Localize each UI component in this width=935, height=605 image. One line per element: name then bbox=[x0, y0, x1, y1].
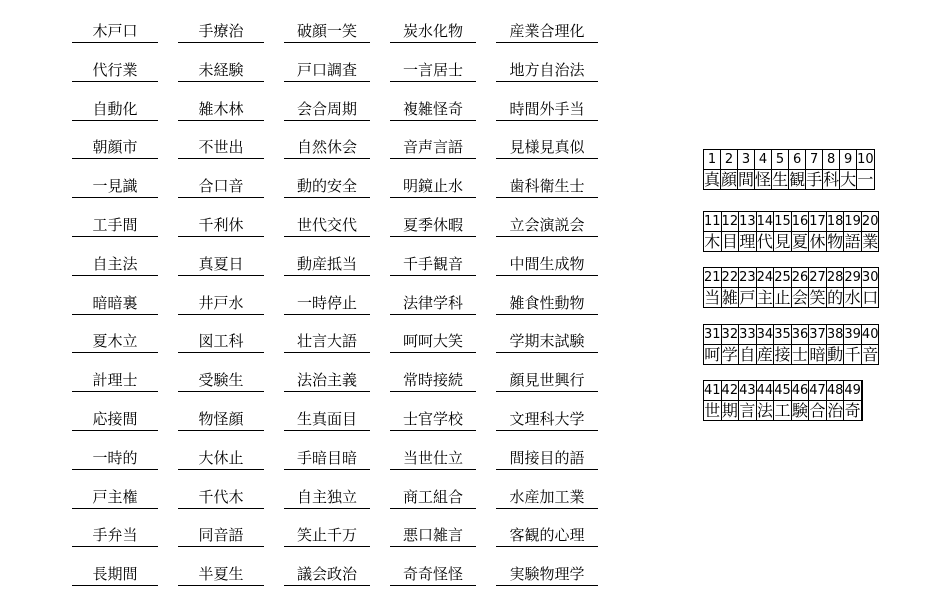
word-answer-cell: 自動化 bbox=[72, 98, 158, 121]
key-kanji-cell: 生 bbox=[772, 170, 789, 190]
word-answer-cell: 手暗目暗 bbox=[284, 447, 370, 470]
word-answer-cell: 暗暗裏 bbox=[72, 292, 158, 315]
key-number-cell: 42 bbox=[721, 381, 739, 401]
key-kanji-cell: 自 bbox=[739, 345, 757, 365]
key-number-cell: 26 bbox=[791, 268, 809, 288]
key-kanji-cell: 業 bbox=[861, 232, 879, 252]
key-kanji-cell: 法 bbox=[756, 401, 774, 421]
key-kanji-cell: 呵 bbox=[704, 345, 722, 365]
key-kanji-cell: 験 bbox=[791, 401, 809, 421]
key-number-cell: 12 bbox=[721, 212, 739, 232]
word-answer-cell: 千利休 bbox=[178, 214, 264, 237]
word-answer-cell: 代行業 bbox=[72, 59, 158, 82]
word-answer-cell: 手弁当 bbox=[72, 524, 158, 547]
kanji-key-table: 11121314151617181920木目理代見夏休物語業 bbox=[703, 211, 879, 252]
key-kanji-cell: 言 bbox=[739, 401, 757, 421]
word-answer-cell: 自主独立 bbox=[284, 486, 370, 509]
key-kanji-cell: 間 bbox=[738, 170, 755, 190]
word-answer-cell: 当世仕立 bbox=[390, 447, 476, 470]
kanji-key-table: 414243444546474849世期言法工験合治奇 bbox=[703, 380, 863, 421]
word-answer-grid: 木戸口手療治破顔一笑炭水化物産業合理化代行業未経験戸口調査一言居士地方自治法自動… bbox=[0, 0, 620, 605]
word-answer-cell: 士官学校 bbox=[390, 408, 476, 431]
key-number-cell: 47 bbox=[809, 381, 827, 401]
kanji-key-table: 12345678910真顔間怪生観手科大一 bbox=[703, 149, 875, 190]
key-number-cell: 8 bbox=[823, 150, 840, 170]
word-answer-cell: 水産加工業 bbox=[496, 486, 598, 509]
word-answer-cell: 応接間 bbox=[72, 408, 158, 431]
key-kanji-cell: 合 bbox=[809, 401, 827, 421]
key-number-cell: 2 bbox=[721, 150, 738, 170]
word-answer-cell: 一時停止 bbox=[284, 292, 370, 315]
key-number-cell bbox=[861, 381, 862, 401]
key-number-cell: 9 bbox=[840, 150, 857, 170]
word-answer-cell: 自然休会 bbox=[284, 136, 370, 159]
key-number-cell: 46 bbox=[791, 381, 809, 401]
key-number-cell: 48 bbox=[826, 381, 844, 401]
key-kanji-cell: 士 bbox=[791, 345, 809, 365]
key-number-cell: 25 bbox=[774, 268, 792, 288]
key-kanji-cell: 見 bbox=[774, 232, 792, 252]
word-answer-cell: 壮言大語 bbox=[284, 330, 370, 353]
word-answer-cell: 木戸口 bbox=[72, 20, 158, 43]
word-answer-cell: 常時接続 bbox=[390, 369, 476, 392]
key-kanji-cell: 代 bbox=[756, 232, 774, 252]
word-answer-cell: 夏季休暇 bbox=[390, 214, 476, 237]
word-answer-cell: 大休止 bbox=[178, 447, 264, 470]
word-answer-cell: 生真面目 bbox=[284, 408, 370, 431]
key-number-cell: 22 bbox=[721, 268, 739, 288]
key-kanji-cell: 休 bbox=[809, 232, 827, 252]
word-answer-cell: 動的安全 bbox=[284, 175, 370, 198]
key-kanji-cell: 世 bbox=[704, 401, 722, 421]
word-answer-cell: 明鏡止水 bbox=[390, 175, 476, 198]
word-answer-cell: 産業合理化 bbox=[496, 20, 598, 43]
word-answer-cell: 笑止千万 bbox=[284, 524, 370, 547]
key-kanji-cell: 千 bbox=[844, 345, 862, 365]
word-answer-cell: 一時的 bbox=[72, 447, 158, 470]
key-number-cell: 16 bbox=[791, 212, 809, 232]
key-kanji-cell: 会 bbox=[791, 288, 809, 308]
word-answer-cell: 破顔一笑 bbox=[284, 20, 370, 43]
word-answer-cell: 千代木 bbox=[178, 486, 264, 509]
key-number-cell: 43 bbox=[739, 381, 757, 401]
word-answer-cell: 世代交代 bbox=[284, 214, 370, 237]
key-number-cell: 7 bbox=[806, 150, 823, 170]
key-kanji-cell: 一 bbox=[857, 170, 875, 190]
word-answer-cell: 自主法 bbox=[72, 253, 158, 276]
kanji-key-table: 31323334353637383940呵学自産接士暗動千音 bbox=[703, 324, 879, 365]
key-number-cell: 6 bbox=[789, 150, 806, 170]
key-number-cell: 45 bbox=[774, 381, 792, 401]
key-kanji-cell: 工 bbox=[774, 401, 792, 421]
word-answer-cell: 地方自治法 bbox=[496, 59, 598, 82]
key-number-cell: 10 bbox=[857, 150, 875, 170]
key-number-cell: 27 bbox=[809, 268, 827, 288]
word-answer-cell: 呵呵大笑 bbox=[390, 330, 476, 353]
key-kanji-cell: 大 bbox=[840, 170, 857, 190]
key-kanji-cell: 動 bbox=[826, 345, 844, 365]
key-number-cell: 15 bbox=[774, 212, 792, 232]
word-answer-cell: 中間生成物 bbox=[496, 253, 598, 276]
key-number-cell: 40 bbox=[861, 325, 879, 345]
key-kanji-cell: 語 bbox=[844, 232, 862, 252]
word-answer-cell: 計理士 bbox=[72, 369, 158, 392]
word-answer-cell: 雑食性動物 bbox=[496, 292, 598, 315]
word-answer-cell: 合口音 bbox=[178, 175, 264, 198]
key-number-cell: 3 bbox=[738, 150, 755, 170]
key-kanji-cell: 当 bbox=[704, 288, 722, 308]
key-number-cell: 39 bbox=[844, 325, 862, 345]
key-kanji-cell: 戸 bbox=[739, 288, 757, 308]
word-answer-cell: 手療治 bbox=[178, 20, 264, 43]
word-answer-cell: 実験物理学 bbox=[496, 563, 598, 586]
key-kanji-cell: 止 bbox=[774, 288, 792, 308]
word-answer-cell: 半夏生 bbox=[178, 563, 264, 586]
key-kanji-cell: 期 bbox=[721, 401, 739, 421]
key-number-cell: 31 bbox=[704, 325, 722, 345]
word-answer-cell: 動産抵当 bbox=[284, 253, 370, 276]
key-number-cell: 13 bbox=[739, 212, 757, 232]
word-answer-cell: 戸主権 bbox=[72, 486, 158, 509]
word-answer-cell: 朝顔市 bbox=[72, 136, 158, 159]
word-answer-cell: 議会政治 bbox=[284, 563, 370, 586]
key-kanji-cell bbox=[861, 401, 862, 421]
key-kanji-cell: 雑 bbox=[721, 288, 739, 308]
word-answer-cell: 法律学科 bbox=[390, 292, 476, 315]
key-number-cell: 1 bbox=[704, 150, 721, 170]
word-answer-cell: 顔見世興行 bbox=[496, 369, 598, 392]
key-kanji-cell: 夏 bbox=[791, 232, 809, 252]
key-kanji-cell: 口 bbox=[861, 288, 879, 308]
word-answer-cell: 雑木林 bbox=[178, 98, 264, 121]
word-answer-cell: 夏木立 bbox=[72, 330, 158, 353]
key-number-cell: 33 bbox=[739, 325, 757, 345]
key-kanji-cell: 主 bbox=[756, 288, 774, 308]
key-kanji-cell: 学 bbox=[721, 345, 739, 365]
key-kanji-cell: 顔 bbox=[721, 170, 738, 190]
key-kanji-cell: 理 bbox=[739, 232, 757, 252]
key-number-cell: 34 bbox=[756, 325, 774, 345]
key-kanji-cell: 科 bbox=[823, 170, 840, 190]
key-number-cell: 44 bbox=[756, 381, 774, 401]
key-kanji-cell: 治 bbox=[826, 401, 844, 421]
word-answer-cell: 時間外手当 bbox=[496, 98, 598, 121]
word-answer-cell: 歯科衛生士 bbox=[496, 175, 598, 198]
word-answer-cell: 音声言語 bbox=[390, 136, 476, 159]
word-answer-cell: 複雑怪奇 bbox=[390, 98, 476, 121]
key-number-cell: 21 bbox=[704, 268, 722, 288]
word-answer-cell: 図工科 bbox=[178, 330, 264, 353]
key-number-cell: 11 bbox=[704, 212, 722, 232]
key-number-cell: 41 bbox=[704, 381, 722, 401]
word-answer-cell: 間接目的語 bbox=[496, 447, 598, 470]
word-answer-cell: 物怪顔 bbox=[178, 408, 264, 431]
word-answer-cell: 客観的心理 bbox=[496, 524, 598, 547]
key-number-cell: 36 bbox=[791, 325, 809, 345]
key-kanji-cell: 木 bbox=[704, 232, 722, 252]
word-answer-cell: 文理科大学 bbox=[496, 408, 598, 431]
key-number-cell: 32 bbox=[721, 325, 739, 345]
key-kanji-cell: 奇 bbox=[844, 401, 862, 421]
word-answer-cell: 長期間 bbox=[72, 563, 158, 586]
key-kanji-cell: 笑 bbox=[809, 288, 827, 308]
key-kanji-cell: 観 bbox=[789, 170, 806, 190]
word-answer-cell: 学期末試験 bbox=[496, 330, 598, 353]
key-kanji-cell: 手 bbox=[806, 170, 823, 190]
word-answer-cell: 立会演説会 bbox=[496, 214, 598, 237]
word-answer-cell: 同音語 bbox=[178, 524, 264, 547]
key-number-cell: 23 bbox=[739, 268, 757, 288]
word-answer-cell: 一言居士 bbox=[390, 59, 476, 82]
word-answer-cell: 千手観音 bbox=[390, 253, 476, 276]
word-answer-cell: 炭水化物 bbox=[390, 20, 476, 43]
key-kanji-cell: 音 bbox=[861, 345, 879, 365]
kanji-key-table: 21222324252627282930当雑戸主止会笑的水口 bbox=[703, 267, 879, 308]
key-number-cell: 14 bbox=[756, 212, 774, 232]
key-number-cell: 4 bbox=[755, 150, 772, 170]
key-kanji-cell: 物 bbox=[826, 232, 844, 252]
key-number-cell: 28 bbox=[826, 268, 844, 288]
word-answer-cell: 戸口調査 bbox=[284, 59, 370, 82]
key-kanji-cell: 接 bbox=[774, 345, 792, 365]
key-number-cell: 18 bbox=[826, 212, 844, 232]
word-answer-cell: 一見識 bbox=[72, 175, 158, 198]
word-answer-cell: 商工組合 bbox=[390, 486, 476, 509]
key-number-cell: 37 bbox=[809, 325, 827, 345]
key-number-cell: 38 bbox=[826, 325, 844, 345]
key-kanji-cell: 水 bbox=[844, 288, 862, 308]
key-number-cell: 24 bbox=[756, 268, 774, 288]
word-answer-cell: 法治主義 bbox=[284, 369, 370, 392]
word-answer-cell: 真夏日 bbox=[178, 253, 264, 276]
key-kanji-cell: 怪 bbox=[755, 170, 772, 190]
word-answer-cell: 会合周期 bbox=[284, 98, 370, 121]
word-answer-cell: 悪口雑言 bbox=[390, 524, 476, 547]
key-number-cell: 30 bbox=[861, 268, 879, 288]
key-kanji-cell: 的 bbox=[826, 288, 844, 308]
key-number-cell: 29 bbox=[844, 268, 862, 288]
key-kanji-cell: 目 bbox=[721, 232, 739, 252]
key-number-cell: 17 bbox=[809, 212, 827, 232]
word-answer-cell: 未経験 bbox=[178, 59, 264, 82]
key-number-cell: 20 bbox=[861, 212, 879, 232]
word-answer-cell: 奇奇怪怪 bbox=[390, 563, 476, 586]
word-answer-cell: 工手間 bbox=[72, 214, 158, 237]
word-answer-cell: 受験生 bbox=[178, 369, 264, 392]
key-number-cell: 19 bbox=[844, 212, 862, 232]
key-number-cell: 35 bbox=[774, 325, 792, 345]
key-kanji-cell: 真 bbox=[704, 170, 721, 190]
key-kanji-cell: 産 bbox=[756, 345, 774, 365]
word-answer-cell: 見様見真似 bbox=[496, 136, 598, 159]
key-kanji-cell: 暗 bbox=[809, 345, 827, 365]
word-answer-cell: 井戸水 bbox=[178, 292, 264, 315]
key-number-cell: 49 bbox=[844, 381, 862, 401]
key-number-cell: 5 bbox=[772, 150, 789, 170]
word-answer-cell: 不世出 bbox=[178, 136, 264, 159]
